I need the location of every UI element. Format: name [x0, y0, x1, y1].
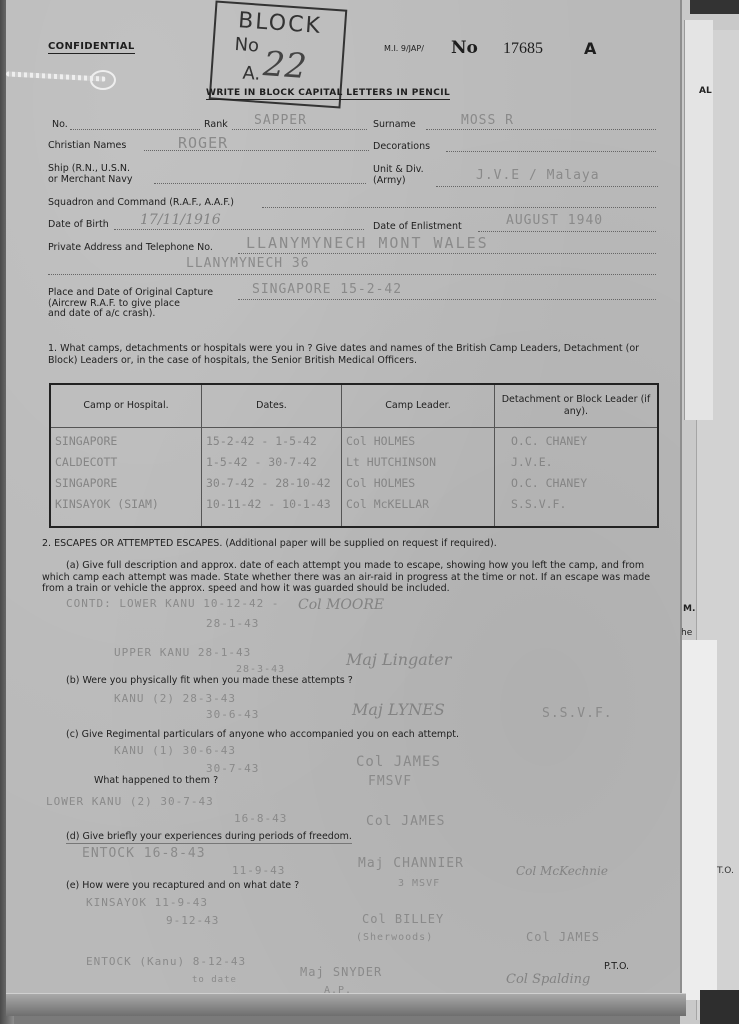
- escape-b1-leader: Maj LYNES: [352, 700, 445, 719]
- escape-d1-date2: 11-9-43: [232, 864, 285, 877]
- field-ship-line[interactable]: [154, 183, 366, 184]
- field-label-decorations: Decorations: [373, 141, 430, 152]
- escape-e1-leader: Col BILLEY: [362, 912, 444, 926]
- column-header-detachment-leader: Detachment or Block Leader (if any).: [495, 384, 659, 428]
- field-value-address-line1: LLANYMYNECH MONT WALES: [246, 234, 489, 252]
- stamp-handwritten-number: 22: [262, 44, 308, 87]
- field-value-christian-names: ROGER: [178, 134, 228, 152]
- field-date-of-birth-line[interactable]: [114, 229, 364, 230]
- section1-question: 1. What camps, detachments or hospitals …: [48, 343, 668, 366]
- escape-b1-unit: S.S.V.F.: [542, 706, 613, 721]
- field-label-ship: Ship (R.N., U.S.N. or Merchant Navy: [48, 163, 132, 185]
- table-row-3-leader: Col McKELLAR: [346, 494, 490, 515]
- escape-e2: ENTOCK (Kanu) 8-12-43: [86, 955, 246, 968]
- field-date-of-enlistment-line[interactable]: [478, 231, 656, 232]
- section2-question-a: (a) Give full description and approx. da…: [42, 560, 662, 595]
- table-row-3-dates: 10-11-42 - 10-1-43: [206, 494, 337, 515]
- field-label-squadron: Squadron and Command (R.A.F., A.A.F.): [48, 197, 234, 208]
- table-row-0-dates: 15-2-42 - 1-5-42: [206, 431, 337, 452]
- field-value-date-of-birth: 17/11/1916: [140, 212, 221, 228]
- column-header-camp: Camp or Hospital.: [50, 384, 202, 428]
- escape-c2: LOWER KANU (2) 30-7-43: [46, 795, 214, 808]
- field-address-line2[interactable]: [48, 274, 656, 275]
- field-label-no: No.: [52, 119, 68, 130]
- field-capture-line[interactable]: [238, 299, 656, 300]
- escape-a2-leader: Maj Lingater: [346, 650, 451, 669]
- escape-e1: KINSAYOK 11-9-43: [86, 896, 208, 909]
- escape-c1: KANU (1) 30-6-43: [114, 744, 236, 757]
- field-label-capture: Place and Date of Original Capture (Airc…: [48, 288, 213, 320]
- field-label-address: Private Address and Telephone No.: [48, 242, 213, 253]
- table-row-3-detachment: S.S.V.F.: [499, 494, 653, 515]
- field-value-surname: MOSS R: [461, 113, 514, 128]
- table-row-1-leader: Lt HUTCHINSON: [346, 452, 490, 473]
- section2-question-b: (b) Were you physically fit when you mad…: [66, 675, 353, 687]
- page-curl: [6, 993, 686, 1016]
- escape-e2-leader: Maj SNYDER: [300, 965, 382, 979]
- escape-c1-date2: 30-7-43: [206, 762, 259, 775]
- table-cell-dates[interactable]: 15-2-42 - 1-5-42 1-5-42 - 30-7-42 30-7-4…: [202, 428, 342, 528]
- field-no-line[interactable]: [70, 129, 200, 130]
- pow-questionnaire-page: CONFIDENTIAL BLOCK No A. 22 M.I. 9/JAP/ …: [6, 0, 682, 1010]
- table-row-2-leader: Col HOLMES: [346, 473, 490, 494]
- field-rank-line[interactable]: [232, 129, 367, 130]
- field-value-capture: SINGAPORE 15-2-42: [252, 282, 402, 297]
- serial-number: 17685: [503, 40, 543, 58]
- binding-string-eyelet: [90, 70, 116, 90]
- field-address-line1[interactable]: [238, 253, 656, 254]
- table-row-3-camp: KINSAYOK (SIAM): [55, 494, 197, 515]
- side-sheet-lower: [680, 640, 717, 1000]
- camps-table: Camp or Hospital. Dates. Camp Leader. De…: [49, 383, 659, 528]
- table-cell-leaders[interactable]: Col HOLMES Lt HUTCHINSON Col HOLMES Col …: [342, 428, 495, 528]
- escape-b1-date2: 30-6-43: [206, 708, 259, 721]
- escape-a1-date2: 28-1-43: [206, 617, 259, 630]
- field-label-rank: Rank: [204, 119, 228, 130]
- side-fragment: T.O.: [717, 866, 734, 876]
- side-fragment: AL: [699, 86, 712, 96]
- escape-d1-leader2: Col McKechnie: [516, 864, 608, 878]
- table-row-2-dates: 30-7-42 - 28-10-42: [206, 473, 337, 494]
- cutting-mat-bottom: [700, 990, 739, 1024]
- field-surname-line[interactable]: [426, 129, 656, 130]
- escape-c2-leader: Col JAMES: [366, 814, 445, 829]
- section2-question-c-sub: What happened to them ?: [94, 775, 218, 787]
- table-row-1-dates: 1-5-42 - 30-7-42: [206, 452, 337, 473]
- side-fragment: M.: [683, 604, 695, 614]
- field-value-date-of-enlistment: AUGUST 1940: [506, 213, 603, 228]
- field-unit-div-line[interactable]: [436, 186, 658, 187]
- classification-label: CONFIDENTIAL: [48, 41, 135, 54]
- escape-c2-date2: 16-8-43: [234, 812, 287, 825]
- column-header-camp-leader: Camp Leader.: [342, 384, 495, 428]
- field-label-surname: Surname: [373, 119, 416, 130]
- serial-suffix: A: [584, 39, 596, 58]
- table-row-0-camp: SINGAPORE: [55, 431, 197, 452]
- section2-question-d: (d) Give briefly your experiences during…: [66, 831, 352, 844]
- table-row-0-detachment: O.C. CHANEY: [499, 431, 653, 452]
- escape-a2: UPPER KANU 28-1-43: [114, 646, 251, 659]
- escape-d1-leader: Maj CHANNIER: [358, 856, 464, 871]
- cutting-mat-top: [690, 0, 739, 14]
- field-label-date-of-enlistment: Date of Enlistment: [373, 221, 462, 232]
- field-decorations-line[interactable]: [446, 151, 656, 152]
- section2-question-e: (e) How were you recaptured and on what …: [66, 880, 299, 892]
- escape-e1-leader2: Col JAMES: [526, 930, 600, 944]
- table-row-2-detachment: O.C. CHANEY: [499, 473, 653, 494]
- field-value-address-line2: LLANYMYNECH 36: [186, 256, 310, 271]
- column-header-dates: Dates.: [202, 384, 342, 428]
- table-row-0-leader: Col HOLMES: [346, 431, 490, 452]
- please-turn-over: P.T.O.: [604, 961, 629, 972]
- table-row-2-camp: SINGAPORE: [55, 473, 197, 494]
- table-cell-detachment-leaders[interactable]: O.C. CHANEY J.V.E. O.C. CHANEY S.S.V.F.: [495, 428, 659, 528]
- escape-e2-date2: to date: [192, 975, 237, 985]
- table-cell-camps[interactable]: SINGAPORE CALDECOTT SINGAPORE KINSAYOK (…: [50, 428, 202, 528]
- form-reference: M.I. 9/JAP/: [384, 44, 424, 53]
- form-instruction: WRITE IN BLOCK CAPITAL LETTERS IN PENCIL: [206, 87, 450, 100]
- field-value-rank: SAPPER: [254, 113, 307, 128]
- escape-e1-unit: (Sherwoods): [356, 932, 433, 943]
- section2-heading: 2. ESCAPES OR ATTEMPTED ESCAPES. (Additi…: [42, 538, 497, 550]
- escape-e2-leader2: Col Spalding: [506, 972, 590, 987]
- escape-d1-unit: 3 MSVF: [398, 878, 440, 889]
- field-squadron-line[interactable]: [262, 207, 656, 208]
- escape-a1: CONTD: LOWER KANU 10-12-42 -: [66, 597, 279, 610]
- stamp-no-text: No: [234, 34, 260, 57]
- side-sheet-folded: [684, 20, 713, 420]
- field-label-christian-names: Christian Names: [48, 140, 126, 151]
- section2-question-c: (c) Give Regimental particulars of anyon…: [66, 729, 459, 741]
- side-fragment: he: [681, 628, 692, 638]
- escape-d1: ENTOCK 16-8-43: [82, 846, 206, 861]
- table-row-1-detachment: J.V.E.: [499, 452, 653, 473]
- escape-c1-unit: FMSVF: [368, 774, 412, 789]
- escape-e1-date2: 9-12-43: [166, 914, 219, 927]
- escape-a2-date2: 28-3-43: [236, 664, 285, 675]
- escape-b1: KANU (2) 28-3-43: [114, 692, 236, 705]
- field-label-date-of-birth: Date of Birth: [48, 219, 109, 230]
- escape-a1-leader: Col MOORE: [298, 597, 384, 613]
- table-row-1-camp: CALDECOTT: [55, 452, 197, 473]
- stamp-a-text: A.: [242, 63, 261, 85]
- field-value-unit-div: J.V.E / Malaya: [476, 168, 600, 183]
- escape-c1-leader: Col JAMES: [356, 754, 441, 770]
- field-label-unit-div: Unit & Div. (Army): [373, 164, 424, 186]
- number-label: No: [451, 38, 478, 58]
